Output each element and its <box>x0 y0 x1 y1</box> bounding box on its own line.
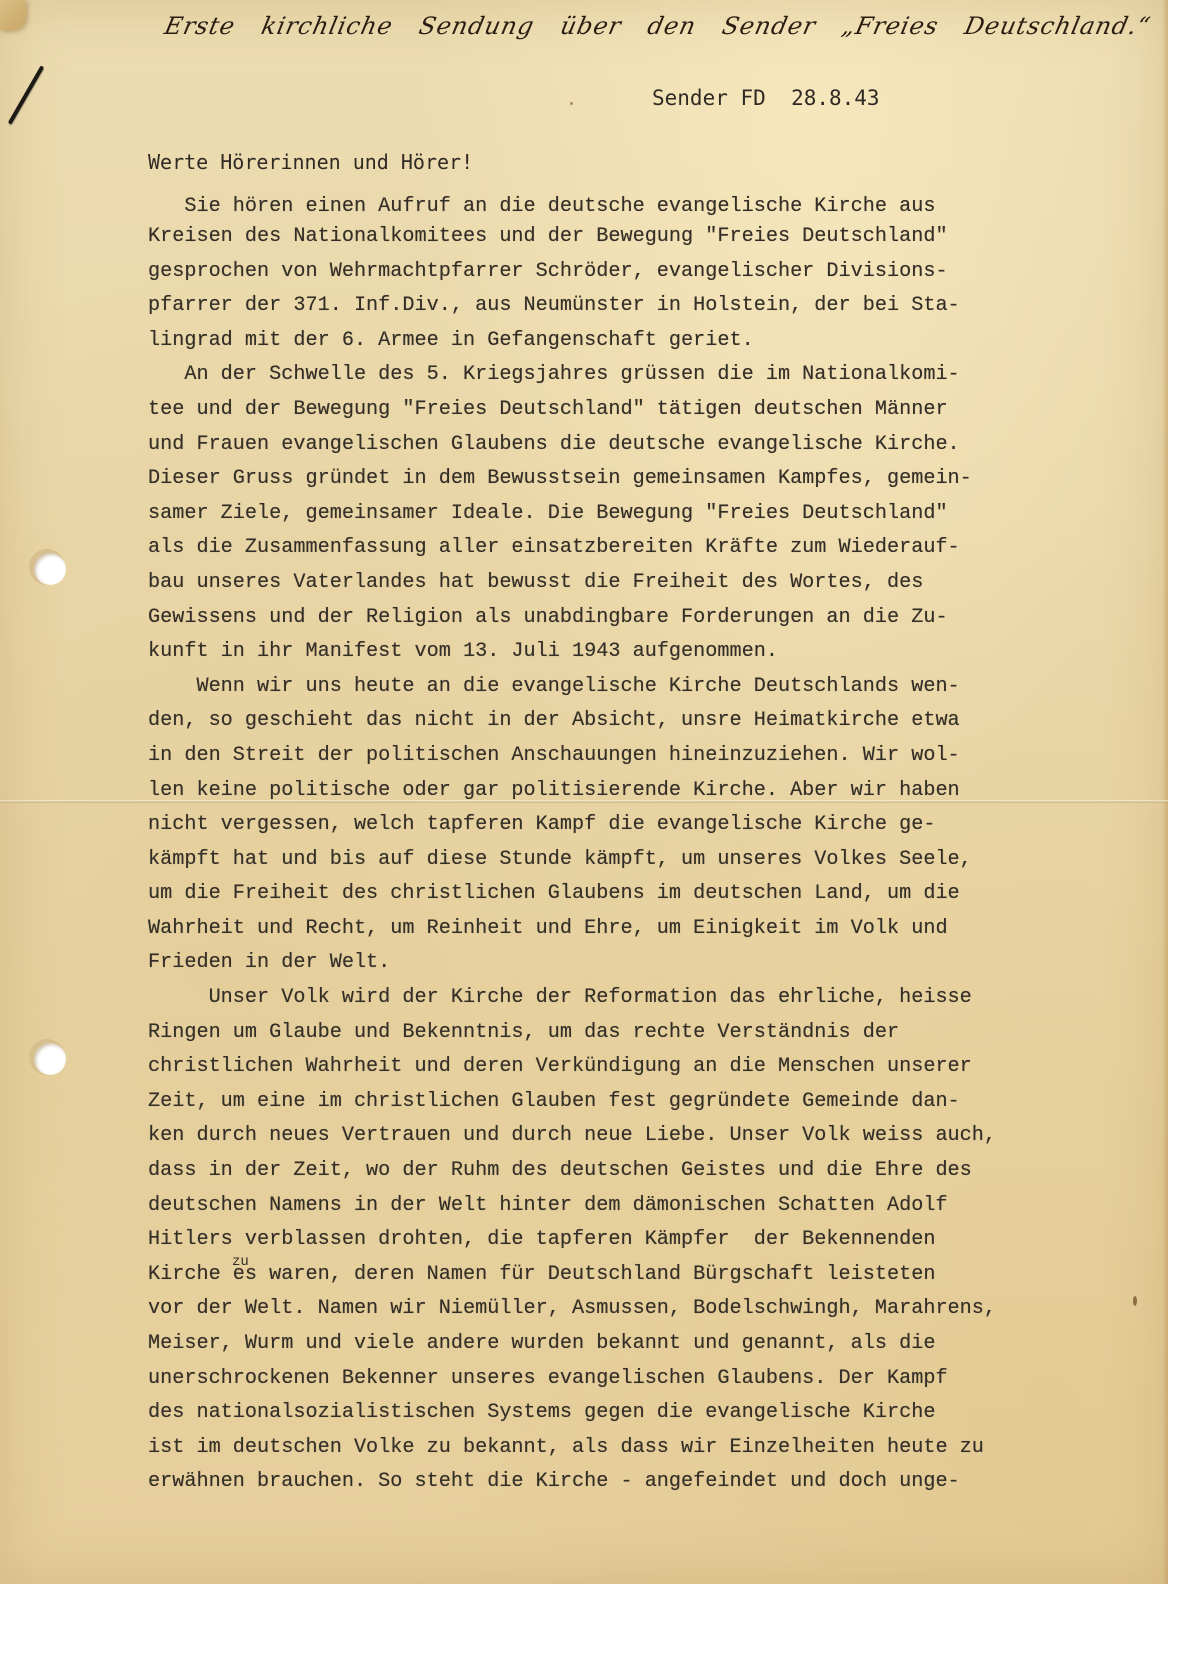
text-line: Unser Volk wird der Kirche der Reformati… <box>148 981 1148 1016</box>
text-line: Ringen um Glaube und Bekenntnis, um das … <box>148 1016 1148 1051</box>
paper-speck <box>570 102 573 105</box>
text-line: An der Schwelle des 5. Kriegsjahres grüs… <box>148 358 1148 393</box>
text-line: nicht vergessen, welch tapferen Kampf di… <box>148 808 1148 843</box>
text-line: Hitlers verblassen drohten, die tapferen… <box>148 1223 1148 1258</box>
torn-corner <box>0 0 26 30</box>
punch-hole-icon <box>34 1043 66 1075</box>
text-line: ken durch neues Vertrauen und durch neue… <box>148 1119 1148 1154</box>
text-line: Frieden in der Welt. <box>148 946 1148 981</box>
text-line: kämpft hat und bis auf diese Stunde kämp… <box>148 843 1148 878</box>
text-line: Gewissens und der Religion als unabdingb… <box>148 601 1148 636</box>
text-line: lingrad mit der 6. Armee in Gefangenscha… <box>148 324 1148 359</box>
text-line: und Frauen evangelischen Glaubens die de… <box>148 428 1148 463</box>
text-line: deutschen Namens in der Welt hinter dem … <box>148 1189 1148 1224</box>
handwritten-annotation: Erste kirchliche Sendung über den Sender… <box>162 12 1153 40</box>
text-line: samer Ziele, gemeinsamer Ideale. Die Bew… <box>148 497 1148 532</box>
text-line: um die Freiheit des christlichen Glauben… <box>148 877 1148 912</box>
interlinear-insertion: zu <box>232 1254 249 1270</box>
text-line: kunft in ihr Manifest vom 13. Juli 1943 … <box>148 635 1148 670</box>
punch-hole-icon <box>34 553 66 585</box>
text-line: unerschrockenen Bekenner unseres evangel… <box>148 1362 1148 1397</box>
text-line: Kreisen des Nationalkomitees und der Bew… <box>148 220 1148 255</box>
text-line: len keine politische oder gar politisier… <box>148 774 1148 809</box>
text-line: ist im deutschen Volke zu bekannt, als d… <box>148 1431 1148 1466</box>
page-edge <box>1162 0 1168 1584</box>
text-line: pfarrer der 371. Inf.Div., aus Neumünste… <box>148 289 1148 324</box>
text-line: erwähnen brauchen. So steht die Kirche -… <box>148 1465 1148 1500</box>
text-line: Dieser Gruss gründet in dem Bewusstsein … <box>148 462 1148 497</box>
text-line: Zeit, um eine im christlichen Glauben fe… <box>148 1085 1148 1120</box>
broadcast-header: Sender FD 28.8.43 <box>652 86 880 110</box>
text-line: Sie hören einen Aufruf an die deutsche e… <box>148 193 1148 220</box>
text-line: in den Streit der politischen Anschauung… <box>148 739 1148 774</box>
text-line: Kirche es waren, deren Namen für Deutsch… <box>148 1258 1148 1293</box>
text-line: Wahrheit und Recht, um Reinheit und Ehre… <box>148 912 1148 947</box>
typed-body: Sie hören einen Aufruf an die deutsche e… <box>148 193 1148 1500</box>
text-line: des nationalsozialistischen Systems gege… <box>148 1396 1148 1431</box>
text-line: Wenn wir uns heute an die evangelische K… <box>148 670 1148 705</box>
text-line: als die Zusammenfassung aller einsatzber… <box>148 531 1148 566</box>
document-page: Erste kirchliche Sendung über den Sender… <box>0 0 1168 1584</box>
text-line: christlichen Wahrheit und deren Verkündi… <box>148 1050 1148 1085</box>
text-line: tee und der Bewegung "Freies Deutschland… <box>148 393 1148 428</box>
text-line: den, so geschieht das nicht in der Absic… <box>148 704 1148 739</box>
text-line: gesprochen von Wehrmachtpfarrer Schröder… <box>148 255 1148 290</box>
greeting-line: Werte Hörerinnen und Hörer! <box>148 150 473 174</box>
text-line: vor der Welt. Namen wir Niemüller, Asmus… <box>148 1292 1148 1327</box>
text-line: dass in der Zeit, wo der Ruhm des deutsc… <box>148 1154 1148 1189</box>
text-line: Meiser, Wurm und viele andere wurden bek… <box>148 1327 1148 1362</box>
staple-icon <box>8 65 44 124</box>
text-line: bau unseres Vaterlandes hat bewusst die … <box>148 566 1148 601</box>
